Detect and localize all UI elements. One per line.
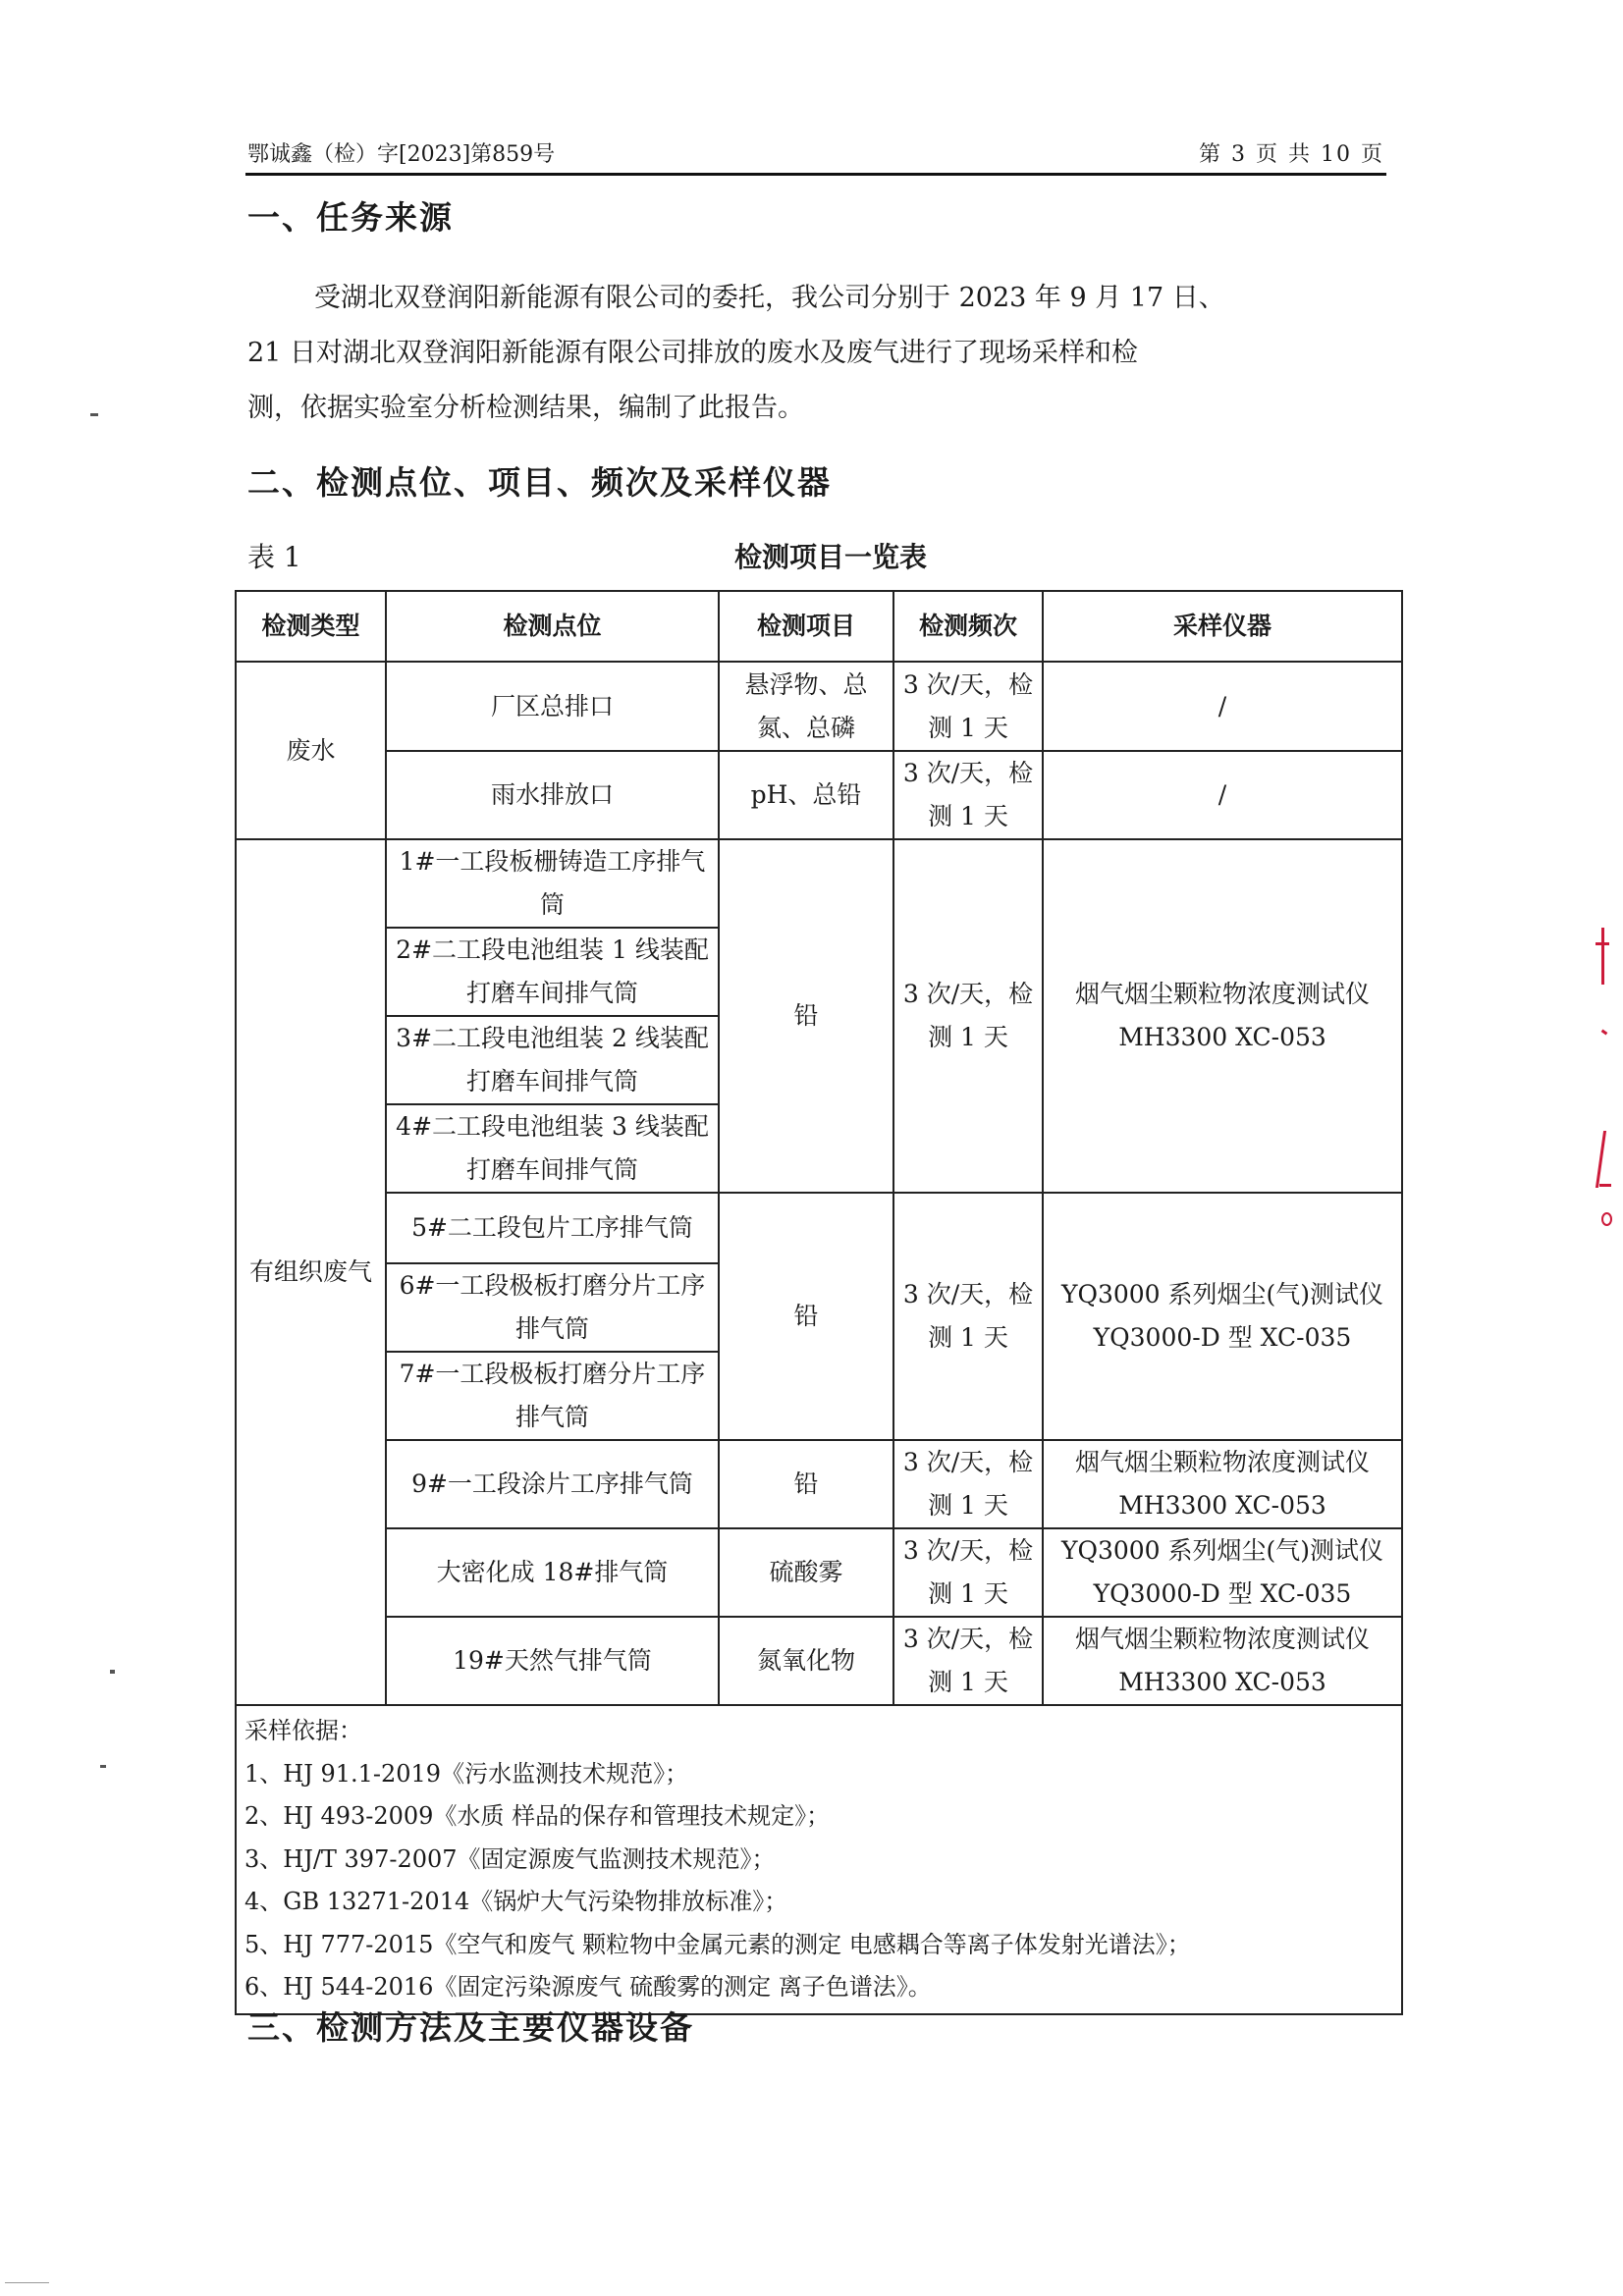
- scan-speck: [100, 1765, 106, 1768]
- cell-point: 19#天然气排气筒: [386, 1617, 719, 1705]
- cell-point: 2#二工段电池组装 1 线装配打磨车间排气筒: [386, 928, 719, 1016]
- cell-point: 3#二工段电池组装 2 线装配打磨车间排气筒: [386, 1016, 719, 1104]
- cell-instrument: 烟气烟尘颗粒物浓度测试仪 MH3300 XC-053: [1043, 839, 1402, 1193]
- cell-frequency: 3 次/天，检测 1 天: [893, 1617, 1043, 1705]
- cell-item: 铅: [719, 839, 893, 1193]
- sampling-basis-row: 采样依据： 1、HJ 91.1-2019《污水监测技术规范》； 2、HJ 493…: [236, 1705, 1402, 2014]
- section-1-body: 受湖北双登润阳新能源有限公司的委托，我公司分别于 2023 年 9 月 17 日…: [247, 271, 1386, 436]
- scan-speck: [5, 2282, 49, 2283]
- cell-item: 硫酸雾: [719, 1528, 893, 1617]
- section-3-title: 三、检测方法及主要仪器设备: [247, 2002, 694, 2049]
- detection-items-table: 检测类型 检测点位 检测项目 检测频次 采样仪器 废水 厂区总排口 悬浮物、总氮…: [235, 590, 1403, 2015]
- cell-point: 7#一工段极板打磨分片工序排气筒: [386, 1352, 719, 1440]
- basis-item: 3、HJ/T 397-2007《固定源废气监测技术规范》；: [244, 1839, 1393, 1882]
- header-type: 检测类型: [236, 591, 386, 662]
- cell-item: pH、总铅: [719, 751, 893, 839]
- cell-point: 雨水排放口: [386, 751, 719, 839]
- header-instrument: 采样仪器: [1043, 591, 1402, 662]
- basis-item: 2、HJ 493-2009《水质 样品的保存和管理技术规定》；: [244, 1795, 1393, 1839]
- table-row: 雨水排放口 pH、总铅 3 次/天，检测 1 天 /: [236, 751, 1402, 839]
- page-indicator: 第 3 页 共 10 页: [1199, 137, 1384, 168]
- cell-frequency: 3 次/天，检测 1 天: [893, 1440, 1043, 1528]
- cell-instrument: /: [1043, 662, 1402, 751]
- cell-point: 1#一工段板栅铸造工序排气筒: [386, 839, 719, 928]
- cell-point: 6#一工段极板打磨分片工序排气筒: [386, 1263, 719, 1352]
- scan-speck: [110, 1670, 115, 1674]
- body-line-3: 测，依据实验室分析检测结果，编制了此报告。: [247, 381, 1386, 436]
- body-line-1: 受湖北双登润阳新能源有限公司的委托，我公司分别于 2023 年 9 月 17 日…: [314, 283, 1225, 313]
- cell-frequency: 3 次/天，检测 1 天: [893, 662, 1043, 751]
- table-row: 有组织废气 1#一工段板栅铸造工序排气筒 铅 3 次/天，检测 1 天 烟气烟尘…: [236, 839, 1402, 928]
- cell-frequency: 3 次/天，检测 1 天: [893, 1193, 1043, 1440]
- page-header: 鄂诚鑫（检）字[2023]第859号 第 3 页 共 10 页: [245, 135, 1386, 176]
- cell-item: 铅: [719, 1440, 893, 1528]
- cell-instrument: /: [1043, 751, 1402, 839]
- cell-point: 厂区总排口: [386, 662, 719, 751]
- cell-point: 5#二工段包片工序排气筒: [386, 1193, 719, 1263]
- table-row: 19#天然气排气筒 氮氧化物 3 次/天，检测 1 天 烟气烟尘颗粒物浓度测试仪…: [236, 1617, 1402, 1705]
- document-number: 鄂诚鑫（检）字[2023]第859号: [247, 137, 555, 168]
- cell-instrument: 烟气烟尘颗粒物浓度测试仪 MH3300 XC-053: [1043, 1617, 1402, 1705]
- header-item: 检测项目: [719, 591, 893, 662]
- cell-instrument: 烟气烟尘颗粒物浓度测试仪 MH3300 XC-053: [1043, 1440, 1402, 1528]
- basis-item: 5、HJ 777-2015《空气和废气 颗粒物中金属元素的测定 电感耦合等离子体…: [244, 1924, 1393, 1967]
- cell-point: 9#一工段涂片工序排气筒: [386, 1440, 719, 1528]
- cell-item: 铅: [719, 1193, 893, 1440]
- basis-item: 1、HJ 91.1-2019《污水监测技术规范》；: [244, 1753, 1393, 1796]
- basis-title: 采样依据：: [244, 1710, 1393, 1753]
- sampling-basis: 采样依据： 1、HJ 91.1-2019《污水监测技术规范》； 2、HJ 493…: [236, 1705, 1402, 2014]
- basis-item: 4、GB 13271-2014《锅炉大气污染物排放标准》；: [244, 1881, 1393, 1924]
- header-frequency: 检测频次: [893, 591, 1043, 662]
- table-row: 9#一工段涂片工序排气筒 铅 3 次/天，检测 1 天 烟气烟尘颗粒物浓度测试仪…: [236, 1440, 1402, 1528]
- cell-point: 4#二工段电池组装 3 线装配打磨车间排气筒: [386, 1104, 719, 1193]
- body-line-2: 21 日对湖北双登润阳新能源有限公司排放的废水及废气进行了现场采样和检: [247, 326, 1386, 381]
- seal-stamp-fragment: [1594, 923, 1623, 1247]
- table-row: 5#二工段包片工序排气筒 铅 3 次/天，检测 1 天 YQ3000 系列烟尘(…: [236, 1193, 1402, 1263]
- header-point: 检测点位: [386, 591, 719, 662]
- cell-frequency: 3 次/天，检测 1 天: [893, 751, 1043, 839]
- cell-item: 氮氧化物: [719, 1617, 893, 1705]
- group-wastewater: 废水: [236, 662, 386, 839]
- table-header-row: 检测类型 检测点位 检测项目 检测频次 采样仪器: [236, 591, 1402, 662]
- cell-item: 悬浮物、总氮、总磷: [719, 662, 893, 751]
- cell-instrument: YQ3000 系列烟尘(气)测试仪 YQ3000-D 型 XC-035: [1043, 1193, 1402, 1440]
- cell-instrument: YQ3000 系列烟尘(气)测试仪 YQ3000-D 型 XC-035: [1043, 1528, 1402, 1617]
- cell-frequency: 3 次/天，检测 1 天: [893, 839, 1043, 1193]
- cell-point: 大密化成 18#排气筒: [386, 1528, 719, 1617]
- scan-speck: [90, 413, 98, 416]
- group-waste-gas: 有组织废气: [236, 839, 386, 1705]
- cell-frequency: 3 次/天，检测 1 天: [893, 1528, 1043, 1617]
- section-2-title: 二、检测点位、项目、频次及采样仪器: [247, 457, 832, 504]
- table-title: 检测项目一览表: [734, 536, 927, 575]
- section-1-title: 一、任务来源: [247, 192, 454, 239]
- table-label: 表 1: [247, 536, 301, 575]
- table-row: 废水 厂区总排口 悬浮物、总氮、总磷 3 次/天，检测 1 天 /: [236, 662, 1402, 751]
- table-row: 大密化成 18#排气筒 硫酸雾 3 次/天，检测 1 天 YQ3000 系列烟尘…: [236, 1528, 1402, 1617]
